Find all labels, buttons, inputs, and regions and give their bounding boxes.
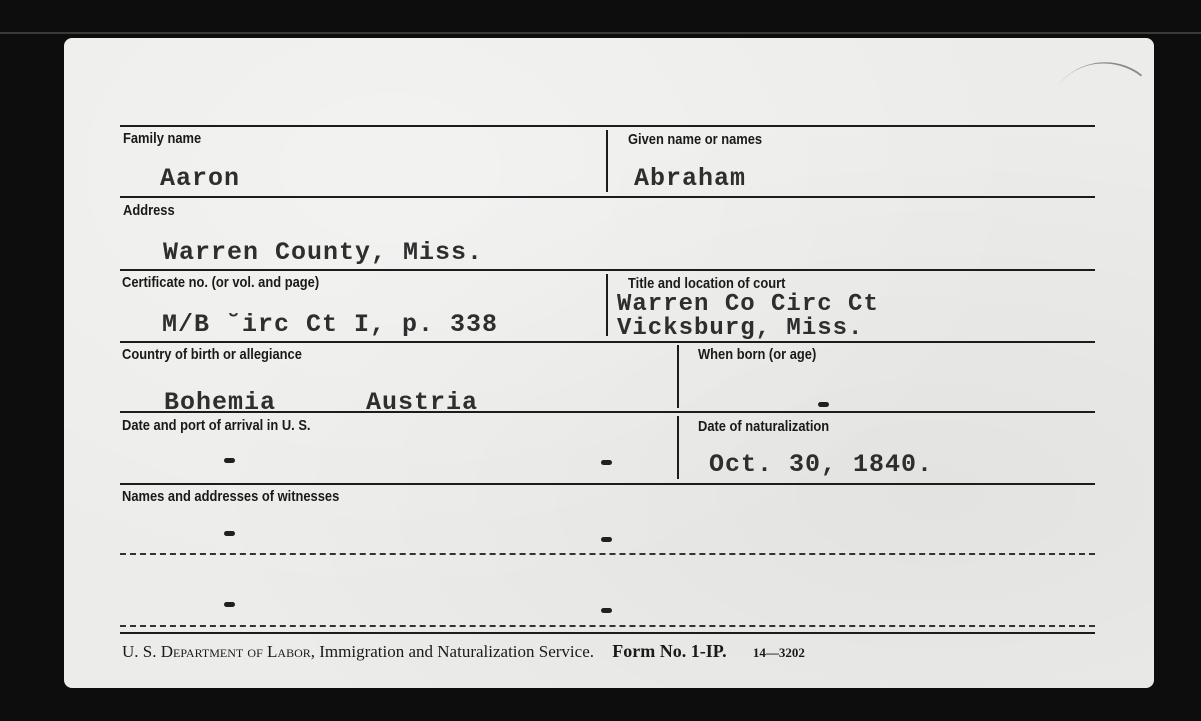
rule-after-certificate <box>120 341 1095 343</box>
family-name-label: Family name <box>123 130 201 147</box>
witness-1-name-blank-dash <box>224 531 235 536</box>
footer-service: Immigration and Naturalization Service. <box>319 642 594 661</box>
form-footer: U. S. Department of Labor, Immigration a… <box>122 641 805 662</box>
naturalization-card <box>64 38 1154 688</box>
witness-1-address-blank-dash <box>601 537 612 542</box>
rule-after-arrival <box>120 483 1095 485</box>
court-value-line1: Warren Co Circ Ct <box>617 293 879 317</box>
country-value-bohemia: Bohemia <box>164 388 276 417</box>
country-label: Country of birth or allegiance <box>122 346 302 363</box>
certificate-label: Certificate no. (or vol. and page) <box>122 274 319 291</box>
divider-names <box>606 130 608 192</box>
divider-certificate <box>606 274 608 336</box>
arrival-date-blank-dash <box>224 458 235 463</box>
given-name-value: Abraham <box>634 164 746 193</box>
country-value-austria: Austria <box>366 388 478 417</box>
rule-after-address <box>120 269 1095 271</box>
court-value-line2: Vicksburg, Miss. <box>617 317 863 341</box>
witnesses-label: Names and addresses of witnesses <box>122 488 339 505</box>
given-name-label: Given name or names <box>628 131 762 148</box>
naturalization-date-value: Oct. 30, 1840. <box>709 450 933 479</box>
when-born-label: When born (or age) <box>698 346 816 363</box>
witness-dotted-line-1 <box>120 553 1095 555</box>
rule-footer <box>120 632 1095 634</box>
divider-arrival <box>677 416 679 479</box>
witness-2-address-blank-dash <box>601 608 612 613</box>
certificate-value: M/B ˘irc Ct I, p. 338 <box>162 310 498 339</box>
arrival-port-blank-dash <box>601 460 612 465</box>
naturalization-date-label: Date of naturalization <box>698 418 829 435</box>
witness-dotted-line-2 <box>120 625 1095 627</box>
address-value: Warren County, Miss. <box>163 238 483 267</box>
footer-print-number: 14—3202 <box>753 645 805 660</box>
address-label: Address <box>123 202 175 219</box>
rule-after-names <box>120 196 1095 198</box>
arrival-label: Date and port of arrival in U. S. <box>122 417 311 434</box>
rule-top <box>120 125 1095 127</box>
court-label: Title and location of court <box>628 275 785 292</box>
when-born-blank-dash <box>818 402 829 407</box>
footer-department: U. S. Department of Labor, <box>122 642 315 661</box>
witness-2-name-blank-dash <box>224 602 235 607</box>
divider-country <box>677 345 679 408</box>
scanner-edge-line <box>0 32 1201 34</box>
footer-form-number: Form No. 1-IP. <box>612 641 726 661</box>
family-name-value: Aaron <box>160 164 240 193</box>
